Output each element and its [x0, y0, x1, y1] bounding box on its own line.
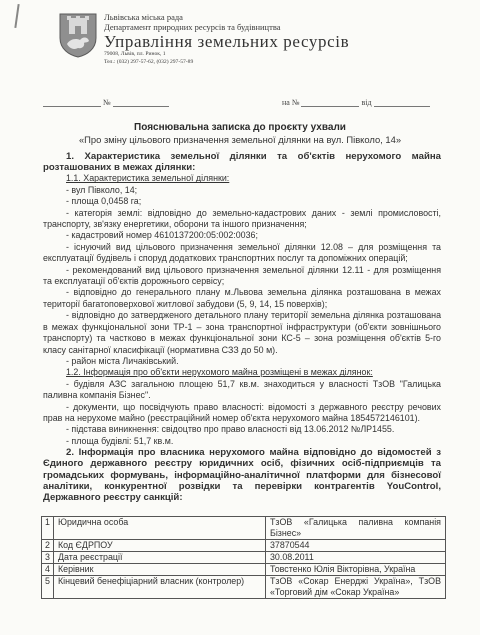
document-body: 1. Характеристика земельної ділянки та о… — [43, 151, 441, 503]
section-1-2-heading: 1.2. Інформація про об'єкти нерухомого м… — [66, 367, 373, 377]
list-item: - категорія землі: відповідно до земельн… — [43, 208, 441, 231]
on-number-label: на № — [282, 98, 299, 107]
table-row: 2 Код ЄДРПОУ 37870544 — [42, 540, 446, 552]
incoming-number-line: на № від — [282, 98, 430, 107]
incoming-number-blank — [301, 98, 359, 107]
table-row: 5 Кінцевий бенефіціарний власник (контро… — [42, 576, 446, 599]
table-row: 1 Юридична особа ТзОВ «Галицька паливна … — [42, 517, 446, 540]
council-name: Львівська міська рада — [104, 12, 349, 22]
outgoing-number-line: № — [43, 98, 169, 107]
list-item: - існуючий вид цільового призначення зем… — [43, 242, 441, 265]
list-item: - площа 0,0458 га; — [43, 196, 441, 207]
table-row: 3 Дата реєстрації 30.08.2011 — [42, 552, 446, 564]
list-item: - підстава виникнення: свідоцтво про пра… — [43, 424, 441, 435]
office-phone: Тел.: (032) 297-57-62, (032) 297-57-89 — [104, 59, 349, 67]
list-item: - документи, що посвідчують право власно… — [43, 402, 441, 425]
office-title: Управління земельних ресурсів — [104, 32, 349, 51]
office-address: 79008, Львів, пл. Ринок, 1 — [104, 51, 349, 59]
document-title: Пояснювальна записка до проєкту ухвали — [0, 122, 480, 133]
list-item: - площа будівлі: 51,7 кв.м. — [43, 436, 441, 447]
lviv-coat-of-arms-icon — [58, 12, 98, 58]
number-sign: № — [103, 98, 111, 107]
number-blank — [113, 98, 169, 107]
list-item: - відповідно до затвердженого детального… — [43, 310, 441, 356]
letterhead: Львівська міська рада Департамент природ… — [58, 12, 458, 72]
from-date-blank — [374, 98, 430, 107]
list-item: - вул Півколо, 14; — [43, 185, 441, 196]
list-item: - будівля АЗС загальною площею 51,7 кв.м… — [43, 379, 441, 402]
date-blank — [43, 98, 101, 107]
table-row: 4 Керівник Товстенко Юлія Вікторівна, Ук… — [42, 564, 446, 576]
from-label: від — [361, 98, 371, 107]
list-item: - кадастровий номер 4610137200:05:002:00… — [43, 230, 441, 241]
handwritten-mark — [14, 4, 19, 28]
section-2-heading: 2. Інформація про власника нерухомого ма… — [43, 447, 441, 503]
department-name: Департамент природних ресурсів та будівн… — [104, 22, 349, 32]
list-item: - рекомендований вид цільового призначен… — [43, 265, 441, 288]
list-item: - відповідно до генерального плану м.Льв… — [43, 287, 441, 310]
owner-info-table: 1 Юридична особа ТзОВ «Галицька паливна … — [41, 516, 446, 599]
section-1-1-heading: 1.1. Характеристика земельної ділянки: — [66, 173, 229, 183]
list-item: - район міста Личаківський. — [43, 356, 441, 367]
document-subtitle: «Про зміну цільового призначення земельн… — [0, 134, 480, 145]
section-1-heading: 1. Характеристика земельної ділянки та о… — [43, 151, 441, 173]
